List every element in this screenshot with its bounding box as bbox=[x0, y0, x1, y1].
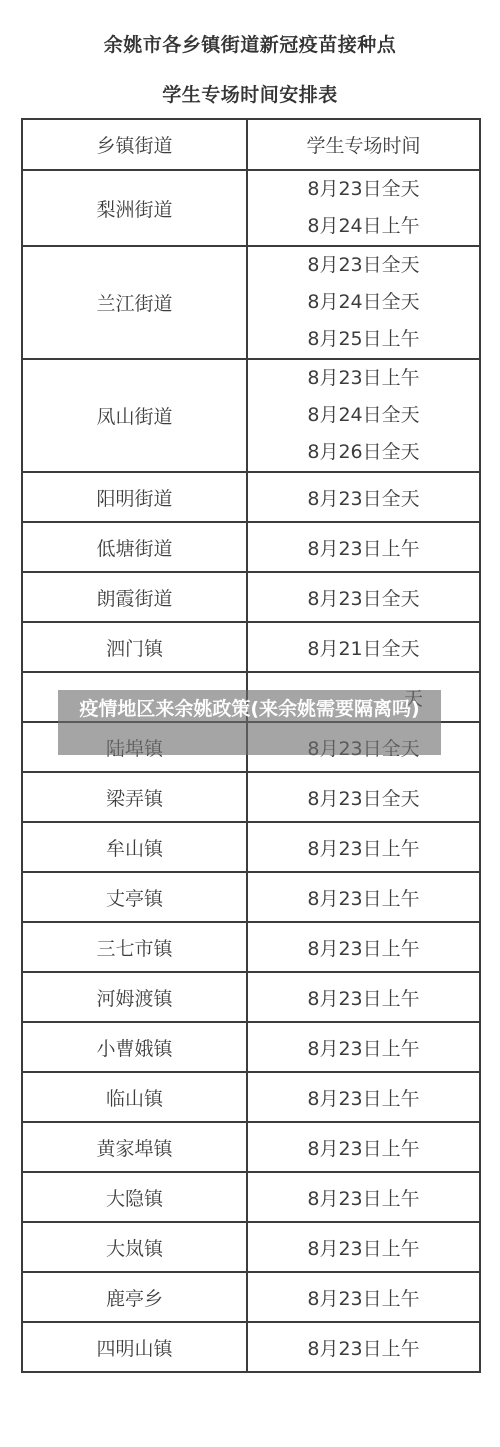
time-cell: 8月23日上午 bbox=[247, 1322, 480, 1372]
time-cell: 8月23日上午 bbox=[247, 1072, 480, 1122]
area-cell: 小曹娥镇 bbox=[22, 1022, 247, 1072]
caption-overlay: 疫情地区来余姚政策(来余姚需要隔离吗) bbox=[58, 690, 441, 755]
time-cell: 8月23日上午 bbox=[247, 1222, 480, 1272]
area-cell: 鹿亭乡 bbox=[22, 1272, 247, 1322]
area-cell: 大隐镇 bbox=[22, 1172, 247, 1222]
table-header-row: 乡镇街道 学生专场时间 bbox=[22, 119, 480, 170]
table-body: 梨洲街道8月23日全天8月24日上午兰江街道8月23日全天8月24日全天8月25… bbox=[22, 170, 480, 1372]
table-row: 鹿亭乡8月23日上午 bbox=[22, 1272, 480, 1322]
area-cell: 牟山镇 bbox=[22, 822, 247, 872]
time-slot: 8月23日全天 bbox=[248, 247, 479, 284]
table-row: 黄家埠镇8月23日上午 bbox=[22, 1122, 480, 1172]
time-slot: 8月25日上午 bbox=[248, 321, 479, 358]
time-cell: 8月23日上午 bbox=[247, 822, 480, 872]
document-title-line-1: 余姚市各乡镇街道新冠疫苗接种点 bbox=[0, 30, 500, 57]
area-cell: 河姆渡镇 bbox=[22, 972, 247, 1022]
area-cell: 兰江街道 bbox=[22, 246, 247, 359]
table-row: 丈亭镇8月23日上午 bbox=[22, 872, 480, 922]
table-row: 梁弄镇8月23日全天 bbox=[22, 772, 480, 822]
table-row: 牟山镇8月23日上午 bbox=[22, 822, 480, 872]
area-cell: 梨洲街道 bbox=[22, 170, 247, 246]
time-cell: 8月23日上午 bbox=[247, 1172, 480, 1222]
area-cell: 朗霞街道 bbox=[22, 572, 247, 622]
area-cell: 低塘街道 bbox=[22, 522, 247, 572]
table-row: 三七市镇8月23日上午 bbox=[22, 922, 480, 972]
time-cell: 8月23日上午8月24日全天8月26日全天 bbox=[247, 359, 480, 472]
time-cell: 8月23日上午 bbox=[247, 872, 480, 922]
time-cell: 8月23日全天 bbox=[247, 472, 480, 522]
table-row: 低塘街道8月23日上午 bbox=[22, 522, 480, 572]
document-title-line-2: 学生专场时间安排表 bbox=[0, 80, 500, 107]
time-cell: 8月23日全天 bbox=[247, 772, 480, 822]
table-row: 阳明街道8月23日全天 bbox=[22, 472, 480, 522]
area-cell: 三七市镇 bbox=[22, 922, 247, 972]
time-cell: 8月21日全天 bbox=[247, 622, 480, 672]
table-row: 临山镇8月23日上午 bbox=[22, 1072, 480, 1122]
time-slot: 8月24日全天 bbox=[248, 284, 479, 321]
time-slot: 8月24日上午 bbox=[248, 208, 479, 245]
area-cell: 梁弄镇 bbox=[22, 772, 247, 822]
time-slot: 8月26日全天 bbox=[248, 434, 479, 471]
table-row: 兰江街道8月23日全天8月24日全天8月25日上午 bbox=[22, 246, 480, 359]
time-cell: 8月23日全天8月24日上午 bbox=[247, 170, 480, 246]
time-cell: 8月23日上午 bbox=[247, 1122, 480, 1172]
time-cell: 8月23日全天8月24日全天8月25日上午 bbox=[247, 246, 480, 359]
time-cell: 8月23日上午 bbox=[247, 1272, 480, 1322]
area-cell: 临山镇 bbox=[22, 1072, 247, 1122]
time-cell: 8月23日全天 bbox=[247, 572, 480, 622]
time-cell: 8月23日上午 bbox=[247, 1022, 480, 1072]
area-cell: 丈亭镇 bbox=[22, 872, 247, 922]
table-row: 小曹娥镇8月23日上午 bbox=[22, 1022, 480, 1072]
table-row: 大隐镇8月23日上午 bbox=[22, 1172, 480, 1222]
time-slot: 8月23日全天 bbox=[248, 171, 479, 208]
table-row: 河姆渡镇8月23日上午 bbox=[22, 972, 480, 1022]
time-slot: 8月23日上午 bbox=[248, 360, 479, 397]
column-header-area: 乡镇街道 bbox=[22, 119, 247, 170]
table-row: 泗门镇8月21日全天 bbox=[22, 622, 480, 672]
table-row: 四明山镇8月23日上午 bbox=[22, 1322, 480, 1372]
area-cell: 泗门镇 bbox=[22, 622, 247, 672]
table-row: 梨洲街道8月23日全天8月24日上午 bbox=[22, 170, 480, 246]
time-slot: 8月24日全天 bbox=[248, 397, 479, 434]
column-header-time: 学生专场时间 bbox=[247, 119, 480, 170]
time-cell: 8月23日上午 bbox=[247, 522, 480, 572]
area-cell: 四明山镇 bbox=[22, 1322, 247, 1372]
area-cell: 大岚镇 bbox=[22, 1222, 247, 1272]
table-row: 大岚镇8月23日上午 bbox=[22, 1222, 480, 1272]
area-cell: 凤山街道 bbox=[22, 359, 247, 472]
table-row: 凤山街道8月23日上午8月24日全天8月26日全天 bbox=[22, 359, 480, 472]
time-cell: 8月23日上午 bbox=[247, 922, 480, 972]
time-cell: 8月23日上午 bbox=[247, 972, 480, 1022]
area-cell: 阳明街道 bbox=[22, 472, 247, 522]
area-cell: 黄家埠镇 bbox=[22, 1122, 247, 1172]
table-row: 朗霞街道8月23日全天 bbox=[22, 572, 480, 622]
